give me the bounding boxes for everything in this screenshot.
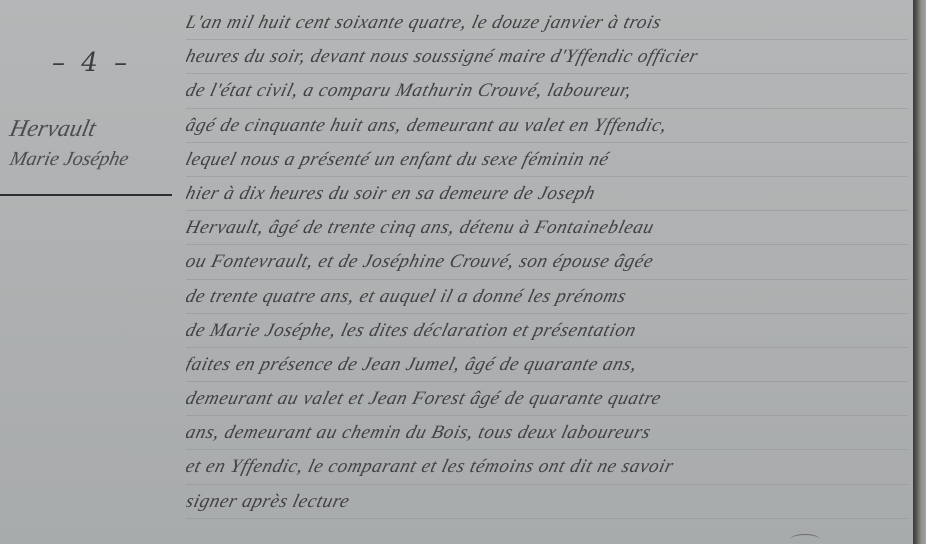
register-page: – 4 – Hervault Marie Joséphe L'an mil hu… bbox=[0, 0, 926, 544]
text-line-content: ou Fontevrault, et de Joséphine Crouvé, … bbox=[186, 245, 657, 278]
text-line-content: signer après lecture bbox=[186, 485, 353, 518]
text-line-content: hier à dix heures du soir en sa demeure … bbox=[186, 177, 599, 210]
text-line-content: heures du soir, devant nous soussigné ma… bbox=[186, 40, 702, 73]
text-line-content: L'an mil huit cent soixante quatre, le d… bbox=[186, 6, 665, 39]
text-line: ans, demeurant au chemin du Bois, tous d… bbox=[186, 416, 908, 450]
text-line: âgé de cinquante huit ans, demeurant au … bbox=[186, 109, 908, 143]
text-line: de Marie Joséphe, les dites déclaration … bbox=[186, 314, 908, 348]
text-line: de trente quatre ans, et auquel il a don… bbox=[186, 280, 908, 314]
text-line: L'an mil huit cent soixante quatre, le d… bbox=[186, 6, 908, 40]
text-line-content: ans, demeurant au chemin du Bois, tous d… bbox=[186, 416, 655, 449]
text-line: ou Fontevrault, et de Joséphine Crouvé, … bbox=[186, 245, 908, 279]
text-line-content: de Marie Joséphe, les dites déclaration … bbox=[186, 314, 640, 347]
text-line: heures du soir, devant nous soussigné ma… bbox=[186, 40, 908, 74]
text-line: hier à dix heures du soir en sa demeure … bbox=[186, 177, 908, 211]
text-line-content: âgé de cinquante huit ans, demeurant au … bbox=[186, 109, 671, 142]
text-line: et en Yffendic, le comparant et les témo… bbox=[186, 450, 908, 484]
margin-given-names: Marie Joséphe bbox=[8, 148, 183, 171]
text-line: de l'état civil, a comparu Mathurin Crou… bbox=[186, 74, 908, 108]
next-entry-mark bbox=[790, 534, 820, 544]
text-line-content: et en Yffendic, le comparant et les témo… bbox=[186, 450, 677, 483]
margin-divider-rule bbox=[0, 194, 172, 196]
margin-surname: Hervault bbox=[7, 116, 183, 143]
act-text: L'an mil huit cent soixante quatre, le d… bbox=[186, 6, 908, 519]
text-line-content: de l'état civil, a comparu Mathurin Crou… bbox=[186, 74, 636, 107]
text-line-content: faites en présence de Jean Jumel, âgé de… bbox=[186, 348, 641, 381]
text-line: Hervault, âgé de trente cinq ans, détenu… bbox=[186, 211, 908, 245]
text-line-content: demeurant au valet et Jean Forest âgé de… bbox=[186, 382, 665, 415]
text-line-content: lequel nous a présenté un enfant du sexe… bbox=[186, 143, 613, 176]
text-line: faites en présence de Jean Jumel, âgé de… bbox=[186, 348, 908, 382]
text-line: lequel nous a présenté un enfant du sexe… bbox=[186, 143, 908, 177]
text-line: demeurant au valet et Jean Forest âgé de… bbox=[186, 382, 908, 416]
text-line-content: de trente quatre ans, et auquel il a don… bbox=[186, 280, 630, 313]
margin-column: – 4 – Hervault Marie Joséphe bbox=[0, 0, 180, 544]
entry-number: – 4 – bbox=[52, 48, 142, 78]
text-line-content: Hervault, âgé de trente cinq ans, détenu… bbox=[186, 211, 658, 244]
book-binding-gutter bbox=[913, 0, 926, 544]
text-line: signer après lecture bbox=[186, 485, 908, 519]
